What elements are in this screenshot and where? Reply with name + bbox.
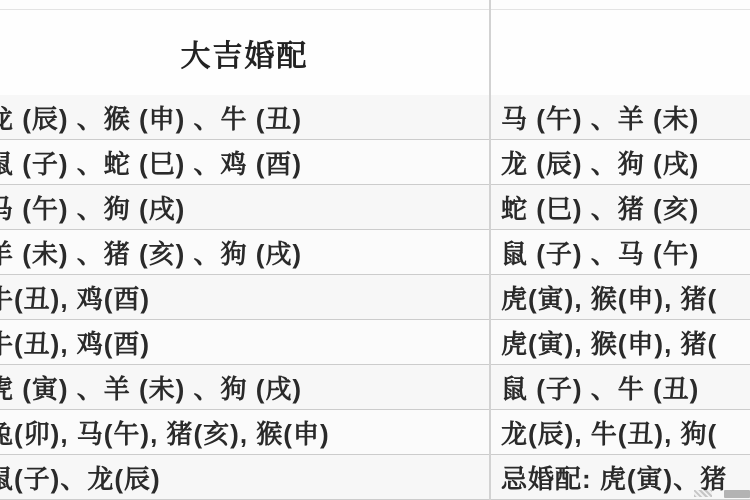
watermark-bar [724, 490, 750, 498]
table-row: 兔(卯), 马(午), 猪(亥), 猴(申) 龙(辰), 牛(丑), 狗( [0, 410, 750, 455]
table-row: 鼠 (子) 、蛇 (巳) 、鸡 (酉) 龙 (辰) 、狗 (戌) [0, 140, 750, 185]
left-cell: 兔(卯), 马(午), 猪(亥), 猴(申) [0, 410, 489, 454]
table-row: 牛(丑), 鸡(酉) 虎(寅), 猴(申), 猪( [0, 275, 750, 320]
table-body: 龙 (辰) 、猴 (申) 、牛 (丑) 马 (午) 、羊 (未) 鼠 (子) 、… [0, 95, 750, 500]
table-row: 羊 (未) 、猪 (亥) 、狗 (戌) 鼠 (子) 、马 (午) [0, 230, 750, 275]
table-row: 牛(丑), 鸡(酉) 虎(寅), 猴(申), 猪( [0, 320, 750, 365]
left-cell: 牛(丑), 鸡(酉) [0, 320, 489, 364]
watermark-zigzag-mark [694, 490, 712, 497]
left-cell: 虎 (寅) 、羊 (未) 、狗 (戌) [0, 365, 489, 409]
left-cell: 马 (午) 、狗 (戌) [0, 185, 489, 229]
left-cell: 鼠(子)、龙(辰) [0, 455, 489, 499]
table-row: 马 (午) 、狗 (戌) 蛇 (巳) 、猪 (亥) [0, 185, 750, 230]
right-cell: 虎(寅), 猴(申), 猪( [491, 320, 750, 364]
right-cell: 虎(寅), 猴(申), 猪( [491, 275, 750, 319]
left-cell: 鼠 (子) 、蛇 (巳) 、鸡 (酉) [0, 140, 489, 184]
left-cell: 牛(丑), 鸡(酉) [0, 275, 489, 319]
right-cell: 鼠 (子) 、马 (午) [491, 230, 750, 274]
left-cell: 龙 (辰) 、猴 (申) 、牛 (丑) [0, 95, 489, 139]
table-row: 虎 (寅) 、羊 (未) 、狗 (戌) 鼠 (子) 、牛 (丑) [0, 365, 750, 410]
right-cell: 龙(辰), 牛(丑), 狗( [491, 410, 750, 454]
zodiac-compatibility-table: 大吉婚配 龙 (辰) 、猴 (申) 、牛 (丑) 马 (午) 、羊 (未) 鼠 … [0, 0, 750, 500]
table-title: 大吉婚配 [0, 10, 489, 95]
right-cell: 马 (午) 、羊 (未) [491, 95, 750, 139]
right-cell: 鼠 (子) 、牛 (丑) [491, 365, 750, 409]
watermark [690, 486, 750, 500]
table-row: 鼠(子)、龙(辰) 忌婚配: 虎(寅)、猪 [0, 455, 750, 500]
column-divider [489, 0, 491, 500]
right-cell: 龙 (辰) 、狗 (戌) [491, 140, 750, 184]
top-strip [0, 0, 750, 10]
table-row: 龙 (辰) 、猴 (申) 、牛 (丑) 马 (午) 、羊 (未) [0, 95, 750, 140]
right-cell: 蛇 (巳) 、猪 (亥) [491, 185, 750, 229]
left-cell: 羊 (未) 、猪 (亥) 、狗 (戌) [0, 230, 489, 274]
table-header-row: 大吉婚配 [0, 10, 750, 96]
